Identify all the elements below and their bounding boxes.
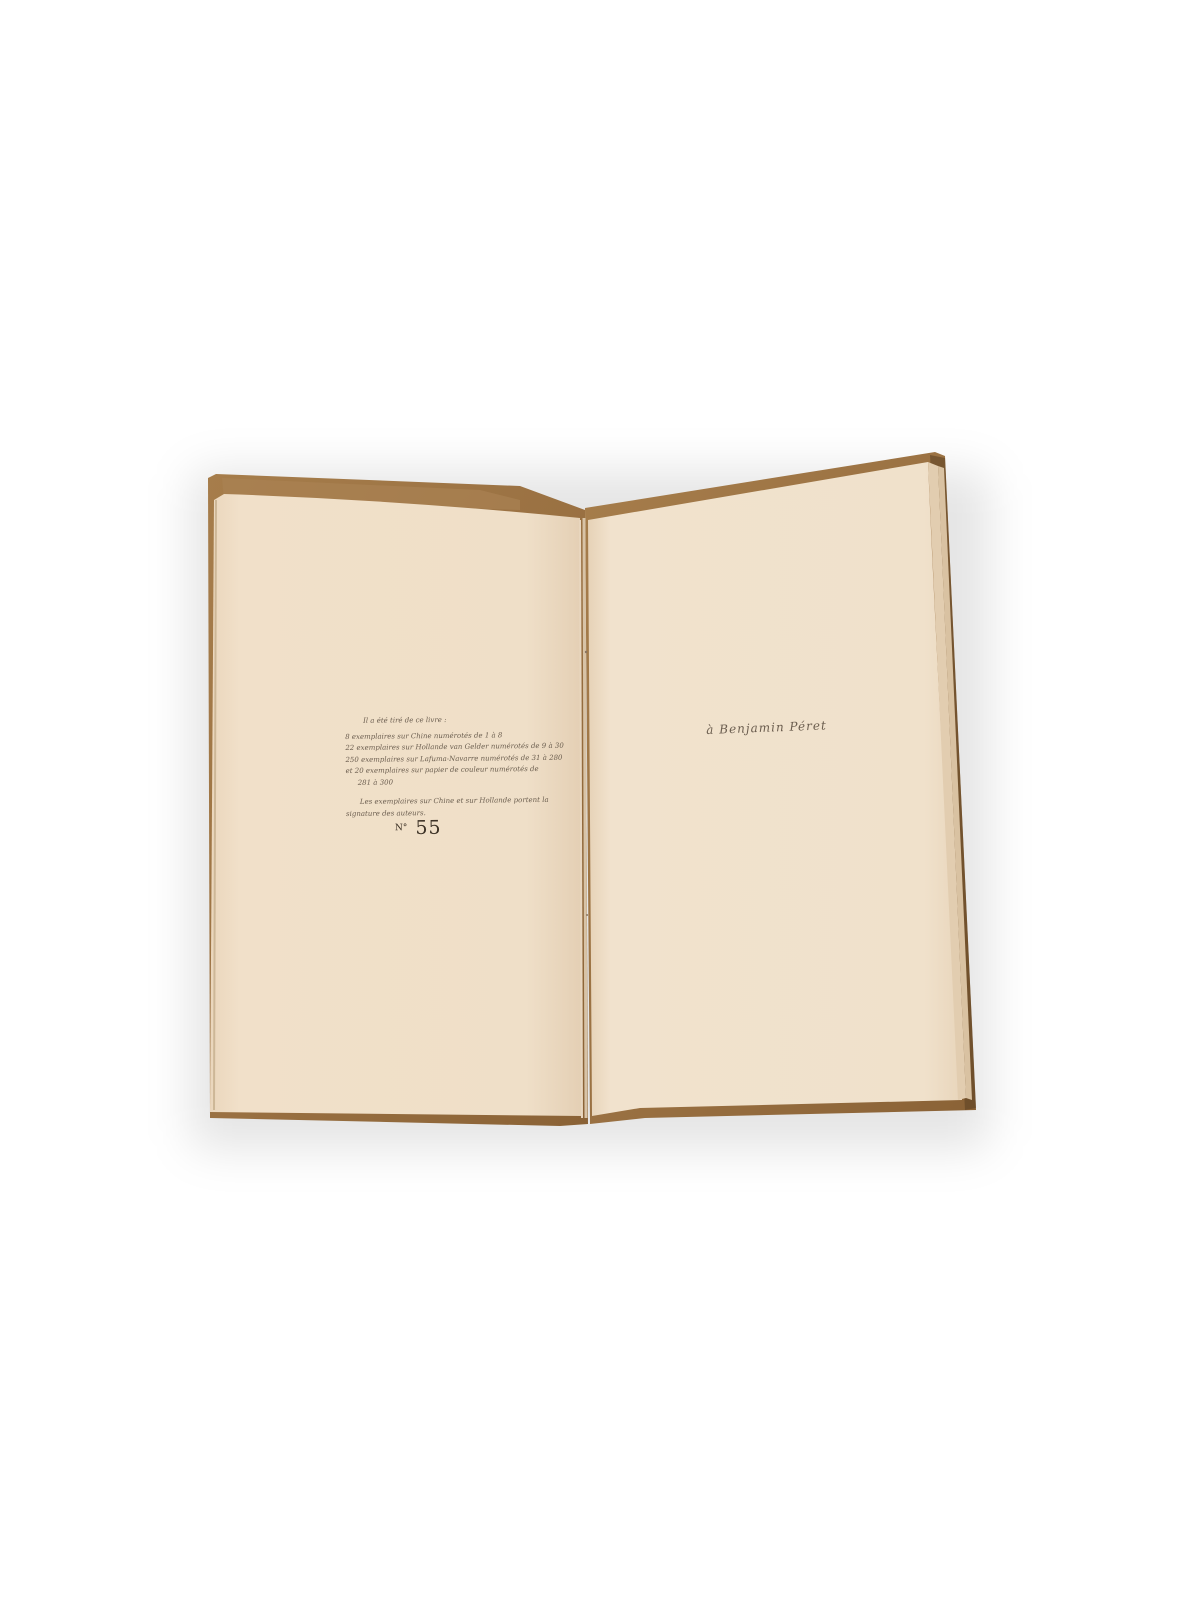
copy-number-prefix: N° [395, 823, 407, 833]
signature-note: Les exemplaires sur Chine et sur Holland… [346, 795, 556, 820]
justification-intro: Il a été tiré de ce livre : [345, 714, 555, 728]
justification-line: et 20 exemplaires sur papier de couleur … [346, 764, 556, 778]
page-text-layer: Il a été tiré de ce livre : 8 exemplaire… [0, 0, 1200, 1600]
justification-line: 281 à 300 [346, 775, 556, 789]
book-photo: Il a été tiré de ce livre : 8 exemplaire… [0, 0, 1200, 1600]
copy-number: N°55 [395, 817, 442, 839]
justification-block: Il a été tiré de ce livre : 8 exemplaire… [345, 714, 556, 820]
dedication: à Benjamin Péret [706, 718, 827, 737]
copy-number-value: 55 [415, 817, 441, 839]
